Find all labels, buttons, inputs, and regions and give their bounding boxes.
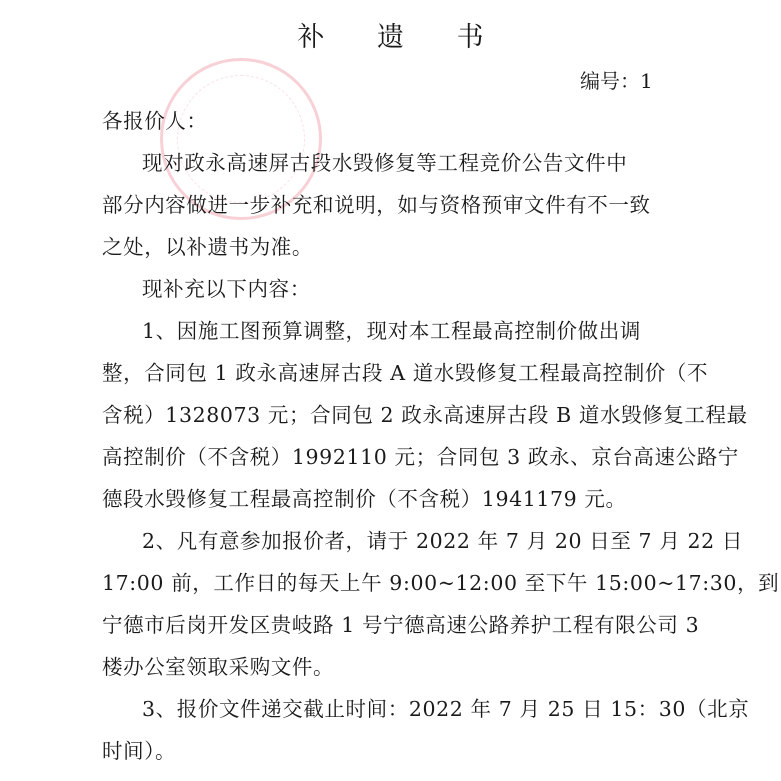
salutation: 各报价人： xyxy=(102,106,208,136)
intro-line: 之处，以补遗书为准。 xyxy=(102,232,313,262)
item3-line: 3、报价文件递交截止时间：2022 年 7 月 25 日 15：30（北京 xyxy=(142,694,749,724)
document-title: 补 遗 书 xyxy=(0,18,781,58)
item1-line: 高控制价（不含税）1992110 元；合同包 3 政永、京台高速公路宁 xyxy=(102,442,739,472)
item1-line: 含税）1328073 元；合同包 2 政永高速屏古段 B 道水毁修复工程最 xyxy=(102,400,748,430)
item1-line: 整，合同包 1 政永高速屏古段 A 道水毁修复工程最高控制价（不 xyxy=(102,358,708,388)
document-page: 补 遗 书 编号：1 各报价人： 现对政永高速屏古段水毁修复等工程竞价公告文件中… xyxy=(0,0,781,781)
item2-line: 宁德市后岗开发区贵岐路 1 号宁德高速公路养护工程有限公司 3 xyxy=(102,610,699,640)
document-number: 编号：1 xyxy=(580,66,653,96)
supplement-heading: 现补充以下内容： xyxy=(142,274,311,304)
item2-line: 2、凡有意参加报价者，请于 2022 年 7 月 20 日至 7 月 22 日 xyxy=(142,526,743,556)
item1-line: 1、因施工图预算调整，现对本工程最高控制价做出调 xyxy=(142,316,641,346)
intro-line: 现对政永高速屏古段水毁修复等工程竞价公告文件中 xyxy=(142,148,627,178)
item2-line: 17:00 前，工作日的每天上午 9:00~12:00 至下午 15:00~17… xyxy=(102,568,779,598)
item3-line: 时间）。 xyxy=(102,736,176,766)
intro-line: 部分内容做进一步补充和说明，如与资格预审文件有不一致 xyxy=(102,190,651,220)
item2-line: 楼办公室领取采购文件。 xyxy=(102,652,334,682)
item1-line: 德段水毁修复工程最高控制价（不含税）1941179 元。 xyxy=(102,484,627,514)
